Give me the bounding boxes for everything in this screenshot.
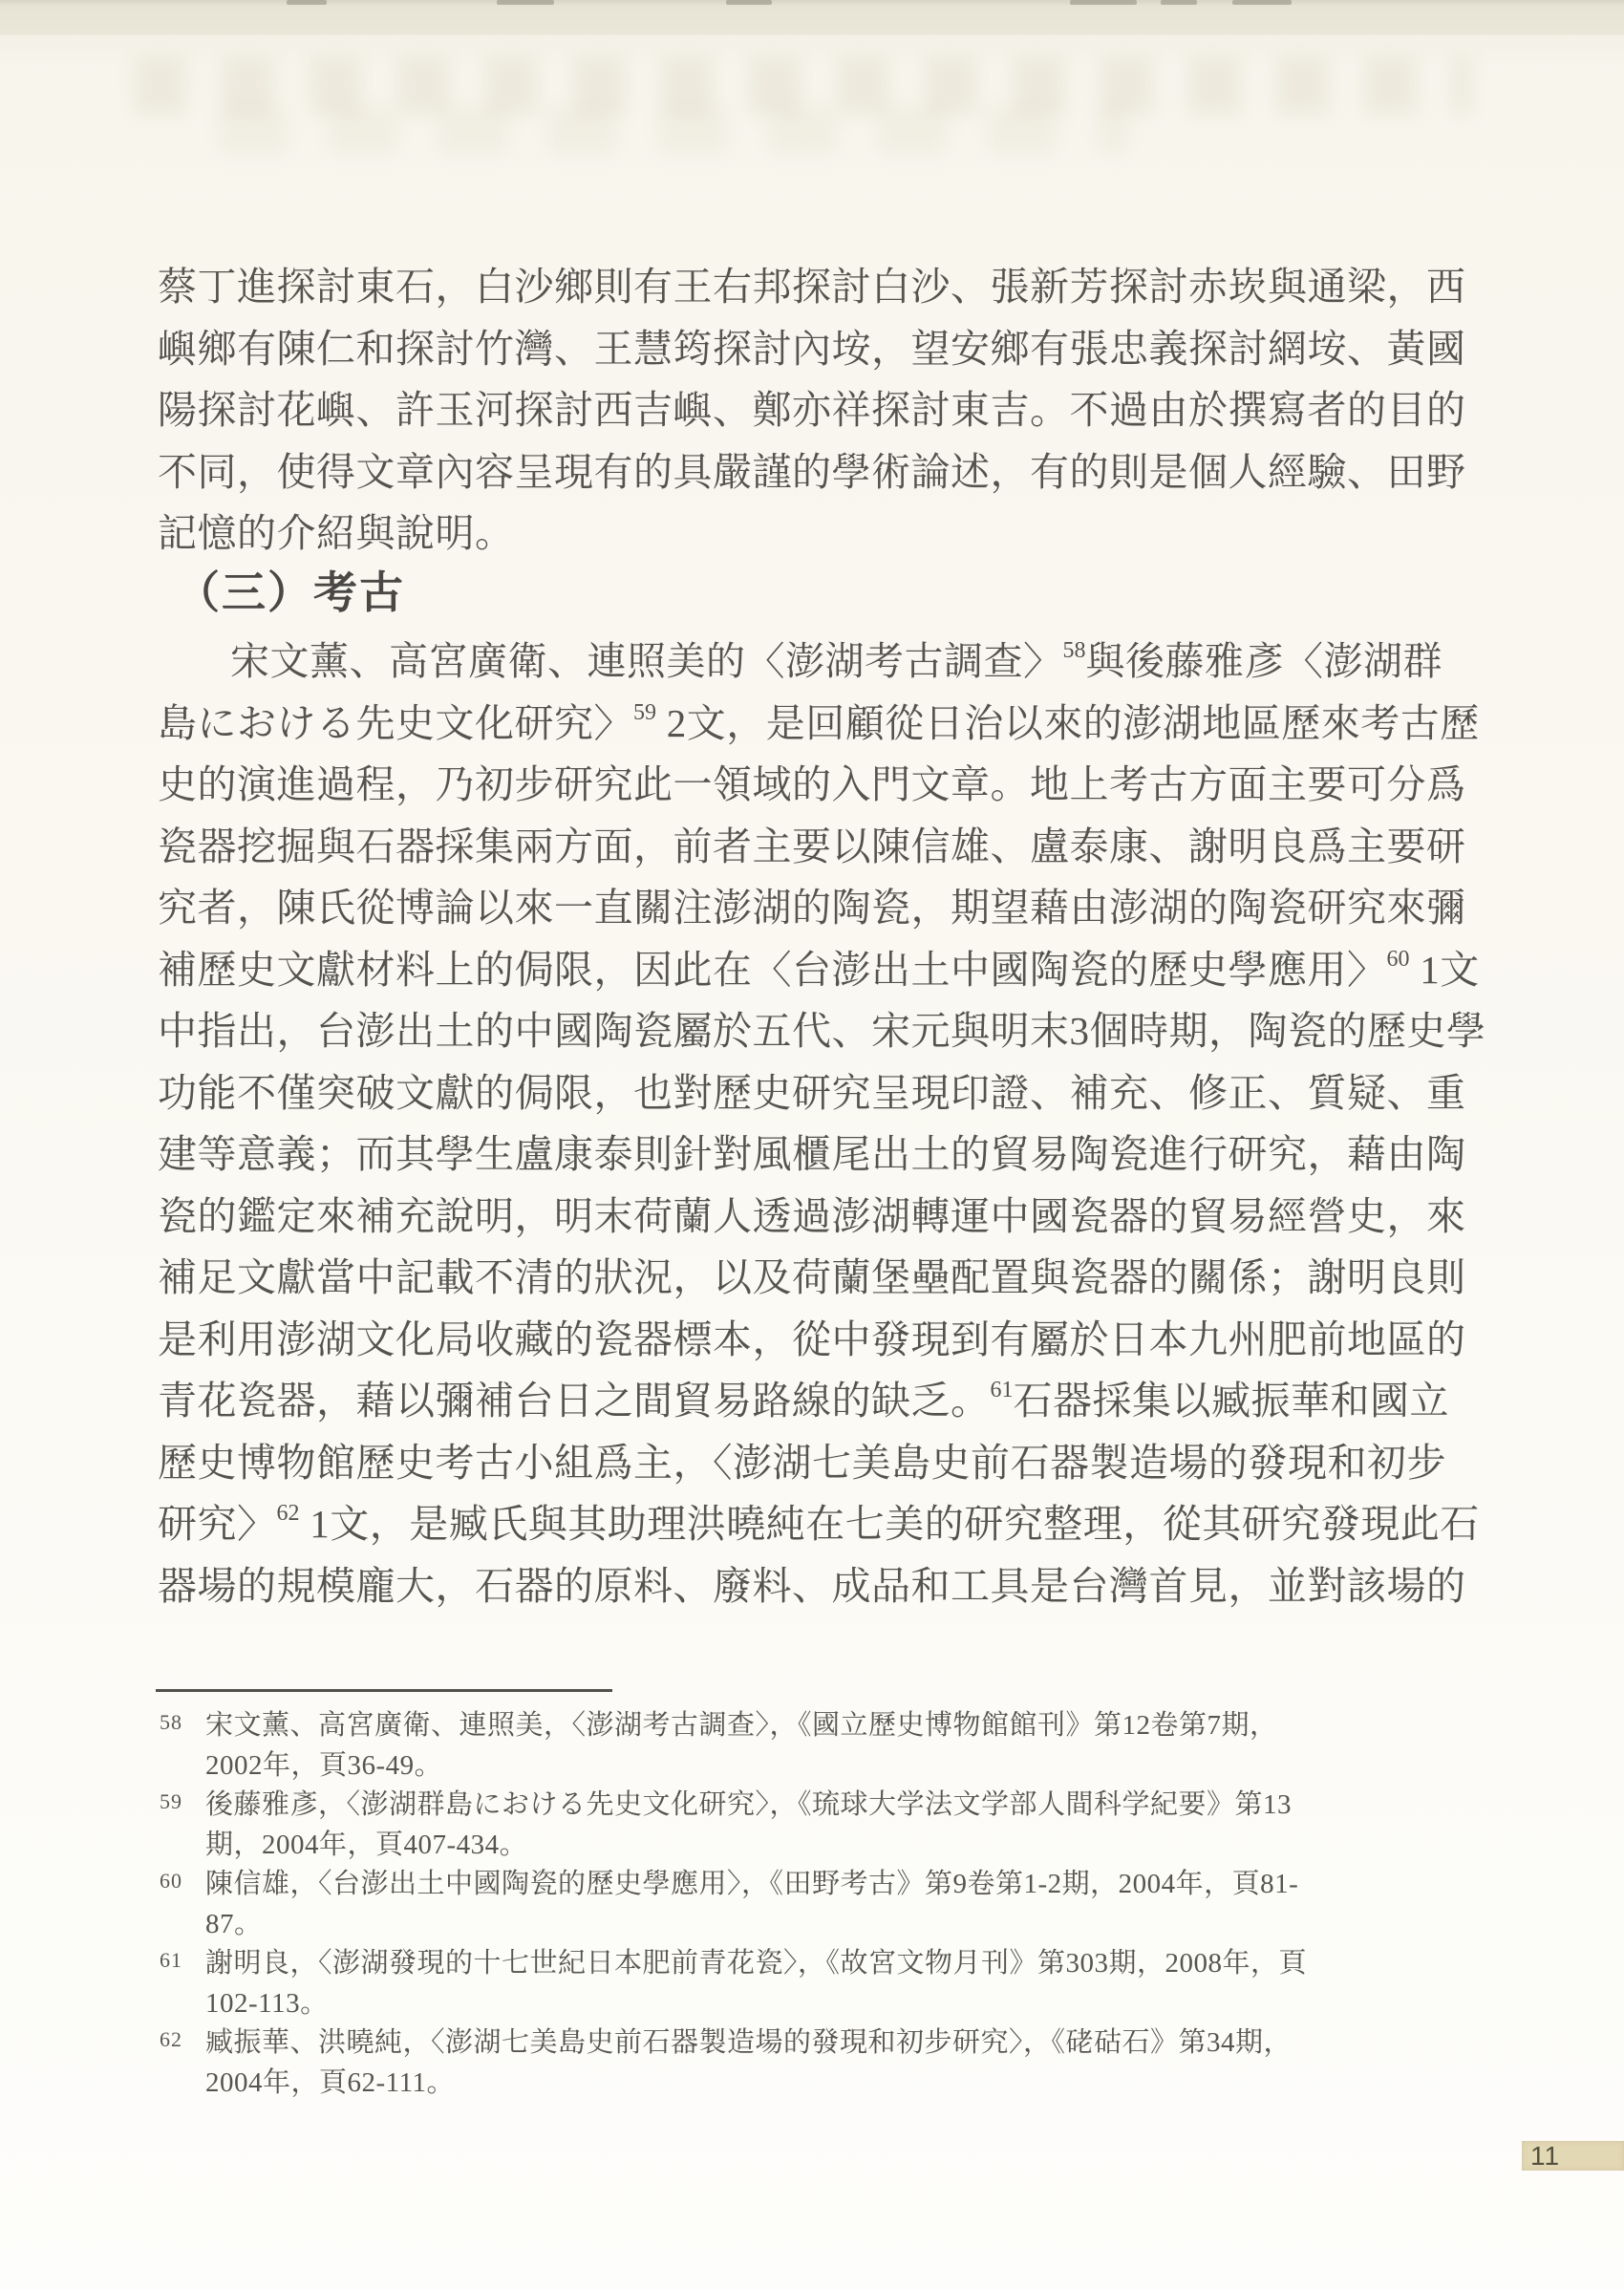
footnote-reference: 58 — [1063, 638, 1086, 663]
bleed-through-ghost — [134, 55, 1471, 115]
text-run: 不同，使得文章內容呈現有的具嚴謹的學術論述，有的則是個人經驗、田野 — [158, 450, 1466, 494]
footnote: 61謝明良，〈澎湖發現的十七世紀日本肥前青花瓷〉，《故宮文物月刊》第303期，2… — [160, 1944, 1497, 2023]
footnote-text: 宋文薰、高宮廣衛、連照美，〈澎湖考古調查〉，《國立歷史博物館館刊》第12卷第7期… — [205, 1706, 1497, 1786]
text-line: 功能不僅突破文獻的侷限，也對歷史研究呈現印證、補充、修正、質疑、重 — [158, 1062, 1495, 1124]
text-line: 島における先史文化研究〉59 2文，是回顧從日治以來的澎湖地區歷來考古歷 — [158, 693, 1495, 755]
footnote-number: 59 — [160, 1786, 205, 1818]
text-line: 瓷器挖掘與石器採集兩方面，前者主要以陳信雄、盧泰康、謝明良爲主要研 — [158, 816, 1495, 878]
page-number: 11 — [1522, 2141, 1624, 2171]
text-line: 青花瓷器，藉以彌補台日之間貿易路線的缺乏。61石器採集以臧振華和國立 — [158, 1370, 1495, 1432]
text-line: 究者，陳氏從博論以來一直關注澎湖的陶瓷，期望藉由澎湖的陶瓷研究來彌 — [158, 877, 1495, 939]
text-line: 器場的規模龐大，石器的原料、廢料、成品和工具是台灣首見，並對該場的 — [158, 1555, 1495, 1617]
text-run: 記憶的介紹與說明。 — [158, 511, 515, 555]
text-run: 2文，是回顧從日治以來的澎湖地區歷來考古歷 — [656, 701, 1480, 745]
footnote-separator — [156, 1689, 612, 1692]
scan-artifact — [497, 0, 554, 5]
text-line: 不同，使得文章內容呈現有的具嚴謹的學術論述，有的則是個人經驗、田野 — [158, 441, 1495, 503]
footnote-reference: 59 — [633, 700, 656, 725]
footnote: 59後藤雅彥，〈澎湖群島における先史文化研究〉，《琉球大学法文学部人間科学紀要》… — [160, 1786, 1497, 1865]
text-line: 陽探討花嶼、許玉河探討西吉嶼、鄭亦祥探討東吉。不過由於撰寫者的目的 — [158, 379, 1495, 441]
text-line: 宋文薰、高宮廣衛、連照美的〈澎湖考古調查〉58與後藤雅彥〈澎湖群 — [158, 631, 1495, 693]
scan-artifact — [287, 0, 327, 5]
text-run: 功能不僅突破文獻的侷限，也對歷史研究呈現印證、補充、修正、質疑、重 — [158, 1071, 1466, 1115]
text-line: 歷史博物館歷史考古小組爲主，〈澎湖七美島史前石器製造場的發現和初步 — [158, 1432, 1495, 1494]
text-line: 中指出，台澎出土的中國陶瓷屬於五代、宋元與明末3個時期，陶瓷的歷史學 — [158, 1000, 1495, 1062]
paragraph: 蔡丁進探討東石，白沙鄉則有王右邦探討白沙、張新芳探討赤崁與通梁，西嶼鄉有陳仁和探… — [158, 256, 1495, 565]
text-run: 補歷史文獻材料上的侷限，因此在〈台澎出土中國陶瓷的歷史學應用〉 — [158, 948, 1387, 992]
footnote-text: 謝明良，〈澎湖發現的十七世紀日本肥前青花瓷〉，《故宮文物月刊》第303期，200… — [205, 1944, 1497, 2023]
footnote-text: 臧振華、洪曉純，〈澎湖七美島史前石器製造場的發現和初步研究〉，《硓𥑮石》第34期… — [205, 2023, 1497, 2103]
footnote-reference: 60 — [1387, 947, 1410, 972]
text-line: 87。 — [205, 1905, 1497, 1945]
scan-artifact — [1070, 0, 1137, 5]
section-heading: （三）考古 — [176, 564, 405, 623]
text-run: 1文，是臧氏與其助理洪曉純在七美的研究整理，從其研究發現此石 — [300, 1502, 1480, 1546]
text-run: 石器採集以臧振華和國立 — [1014, 1379, 1450, 1423]
bleed-through-ghost — [220, 107, 1127, 153]
text-line: 史的演進過程，乃初步研究此一領域的入門文章。地上考古方面主要可分爲 — [158, 754, 1495, 816]
text-run: 陽探討花嶼、許玉河探討西吉嶼、鄭亦祥探討東吉。不過由於撰寫者的目的 — [158, 388, 1466, 432]
text-line: 2004年，頁62-111。 — [205, 2064, 1497, 2104]
footnote: 62臧振華、洪曉純，〈澎湖七美島史前石器製造場的發現和初步研究〉，《硓𥑮石》第3… — [160, 2023, 1497, 2103]
text-line: 謝明良，〈澎湖發現的十七世紀日本肥前青花瓷〉，《故宮文物月刊》第303期，200… — [205, 1944, 1497, 1984]
text-run: 嶼鄉有陳仁和探討竹灣、王慧筠探討內垵，望安鄉有張忠義探討網垵、黃國 — [158, 327, 1466, 371]
footnote-number: 61 — [160, 1944, 205, 1977]
footnote-number: 58 — [160, 1706, 205, 1739]
footnote-text: 後藤雅彥，〈澎湖群島における先史文化研究〉，《琉球大学法文学部人間科学紀要》第1… — [205, 1786, 1497, 1865]
page-number-tab: 11 — [1522, 2141, 1624, 2171]
text-run: 研究〉 — [158, 1502, 277, 1546]
text-line: 臧振華、洪曉純，〈澎湖七美島史前石器製造場的發現和初步研究〉，《硓𥑮石》第34期… — [205, 2023, 1497, 2064]
text-line: 研究〉62 1文，是臧氏與其助理洪曉純在七美的研究整理，從其研究發現此石 — [158, 1493, 1495, 1555]
footnote-reference: 62 — [277, 1501, 300, 1526]
scan-artifact — [1161, 0, 1197, 5]
text-run: 是利用澎湖文化局收藏的瓷器標本，從中發現到有屬於日本九州肥前地區的 — [158, 1317, 1466, 1361]
footnote-number: 60 — [160, 1865, 205, 1897]
footnotes-section: 58宋文薰、高宮廣衛、連照美，〈澎湖考古調查〉，《國立歷史博物館館刊》第12卷第… — [160, 1706, 1497, 2103]
text-line: 嶼鄉有陳仁和探討竹灣、王慧筠探討內垵，望安鄉有張忠義探討網垵、黃國 — [158, 318, 1495, 380]
paragraph: 宋文薰、高宮廣衛、連照美的〈澎湖考古調查〉58與後藤雅彥〈澎湖群島における先史文… — [158, 631, 1495, 1616]
text-line: 蔡丁進探討東石，白沙鄉則有王右邦探討白沙、張新芳探討赤崁與通梁，西 — [158, 256, 1495, 318]
text-line: 是利用澎湖文化局收藏的瓷器標本，從中發現到有屬於日本九州肥前地區的 — [158, 1309, 1495, 1371]
text-line: 陳信雄，〈台澎出土中國陶瓷的歷史學應用〉，《田野考古》第9卷第1-2期，2004… — [205, 1865, 1497, 1905]
text-run: 瓷器挖掘與石器採集兩方面，前者主要以陳信雄、盧泰康、謝明良爲主要研 — [158, 824, 1466, 868]
scan-top-edge — [0, 0, 1624, 35]
text-run: 與後藤雅彥〈澎湖群 — [1086, 639, 1443, 683]
text-run: 補足文獻當中記載不清的狀況，以及荷蘭堡壘配置與瓷器的關係；謝明良則 — [158, 1255, 1466, 1299]
footnote-reference: 61 — [991, 1378, 1014, 1402]
text-run: 史的演進過程，乃初步研究此一領域的入門文章。地上考古方面主要可分爲 — [158, 762, 1466, 806]
text-run: 究者，陳氏從博論以來一直關注澎湖的陶瓷，期望藉由澎湖的陶瓷研究來彌 — [158, 886, 1466, 930]
text-run: 青花瓷器，藉以彌補台日之間貿易路線的缺乏。 — [158, 1379, 991, 1423]
text-run: 島における先史文化研究〉 — [158, 701, 633, 745]
text-line: 瓷的鑑定來補充說明，明末荷蘭人透過澎湖轉運中國瓷器的貿易經營史，來 — [158, 1186, 1495, 1248]
text-run: 中指出，台澎出土的中國陶瓷屬於五代、宋元與明末3個時期，陶瓷的歷史學 — [158, 1009, 1486, 1053]
text-line: 後藤雅彥，〈澎湖群島における先史文化研究〉，《琉球大学法文学部人間科学紀要》第1… — [205, 1786, 1497, 1826]
text-line: 2002年，頁36-49。 — [205, 1746, 1497, 1787]
footnote: 60陳信雄，〈台澎出土中國陶瓷的歷史學應用〉，《田野考古》第9卷第1-2期，20… — [160, 1865, 1497, 1944]
document-page: 蔡丁進探討東石，白沙鄉則有王右邦探討白沙、張新芳探討赤崁與通梁，西嶼鄉有陳仁和探… — [0, 0, 1624, 2290]
text-line: 記憶的介紹與說明。 — [158, 503, 1495, 565]
text-line: 補歷史文獻材料上的侷限，因此在〈台澎出土中國陶瓷的歷史學應用〉60 1文 — [158, 939, 1495, 1001]
text-line: 期，2004年，頁407-434。 — [205, 1826, 1497, 1866]
text-line: 補足文獻當中記載不清的狀況，以及荷蘭堡壘配置與瓷器的關係；謝明良則 — [158, 1247, 1495, 1309]
text-run: 宋文薰、高宮廣衛、連照美的〈澎湖考古調查〉 — [230, 639, 1063, 683]
footnote-number: 62 — [160, 2023, 205, 2056]
scan-artifact — [726, 0, 772, 5]
footnote-text: 陳信雄，〈台澎出土中國陶瓷的歷史學應用〉，《田野考古》第9卷第1-2期，2004… — [205, 1865, 1497, 1944]
text-run: 1文 — [1410, 948, 1480, 992]
text-run: 器場的規模龐大，石器的原料、廢料、成品和工具是台灣首見，並對該場的 — [158, 1564, 1466, 1608]
text-run: 瓷的鑑定來補充說明，明末荷蘭人透過澎湖轉運中國瓷器的貿易經營史，來 — [158, 1194, 1466, 1238]
text-run: 蔡丁進探討東石，白沙鄉則有王右邦探討白沙、張新芳探討赤崁與通梁，西 — [158, 265, 1466, 309]
text-line: 宋文薰、高宮廣衛、連照美，〈澎湖考古調查〉，《國立歷史博物館館刊》第12卷第7期… — [205, 1706, 1497, 1746]
scan-artifact — [1232, 0, 1292, 5]
text-run: 建等意義；而其學生盧康泰則針對風櫃尾出土的貿易陶瓷進行研究，藉由陶 — [158, 1132, 1466, 1176]
text-line: 102-113。 — [205, 1984, 1497, 2024]
text-run: 歷史博物館歷史考古小組爲主，〈澎湖七美島史前石器製造場的發現和初步 — [158, 1441, 1446, 1485]
text-line: 建等意義；而其學生盧康泰則針對風櫃尾出土的貿易陶瓷進行研究，藉由陶 — [158, 1124, 1495, 1186]
footnote: 58宋文薰、高宮廣衛、連照美，〈澎湖考古調查〉，《國立歷史博物館館刊》第12卷第… — [160, 1706, 1497, 1786]
